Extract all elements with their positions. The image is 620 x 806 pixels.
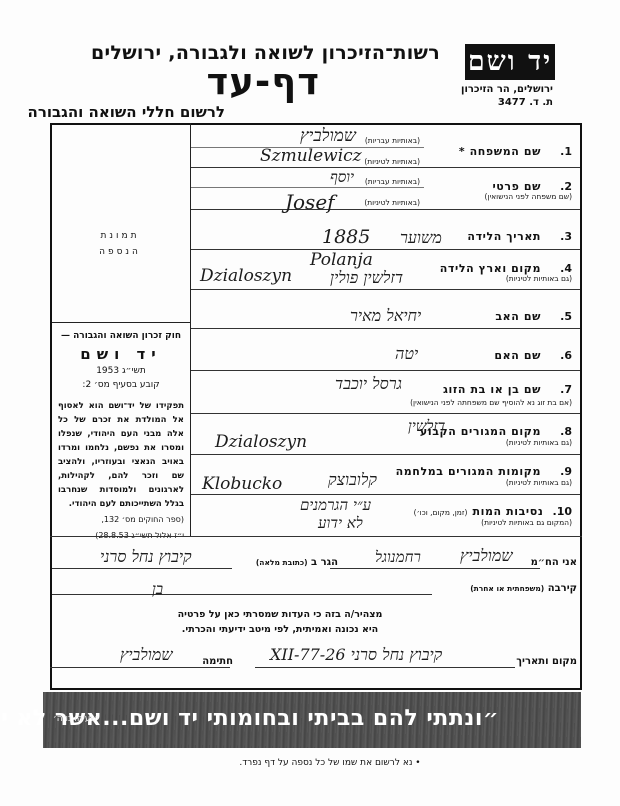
field-7-label-group: 7. שם בן או בת הזוג [443, 378, 572, 397]
logo-address: ירושלים, הר הזיכרון [461, 84, 553, 95]
field-7-note: (אם בת זוג נא להוסיף שם משפחתה לפני הניש… [410, 398, 572, 407]
quote-banner: ״ונתתי להם בביתי ובחומותי יד ושם...אשר ל… [43, 692, 581, 748]
field-6-label: שם האם [494, 349, 541, 362]
field-3-value-approx[interactable]: משוער [400, 228, 442, 248]
row-sep-5 [191, 328, 580, 329]
attestation-i-value-2[interactable]: רחמנוגל [375, 548, 421, 567]
declaration-line-1: מצהיר/ה בזה כי העדות שמסרתי כאן על פרטיה [170, 609, 390, 620]
attestation-i-value[interactable]: שמולביץ [460, 546, 513, 566]
field-2-hint-hebrew: (באותיות עבריות) [365, 177, 420, 186]
field-4-value-latin[interactable]: Dzialoszyn [200, 266, 292, 286]
field-7-number: 7. [560, 383, 572, 396]
signature-line [50, 667, 230, 668]
attestation-i-label: אני הח״מ [531, 557, 577, 568]
field-3-number: 3. [560, 230, 572, 243]
place-date-label: מקום ותאריך [516, 656, 577, 667]
field-1-label: שם המשפחה * [459, 145, 541, 158]
footnote: • נא לרשום את שמו של כל נספה על דף נפרד. [200, 758, 460, 768]
row-sep-4 [191, 289, 580, 290]
field-10-label: נסיבות המות [472, 505, 543, 518]
field-7-label: שם בן או בת הזוג [443, 383, 541, 396]
field-1-hint-latin: (באותיות לטיניות) [364, 157, 420, 166]
field-10-label-note: (זמן, מקום, וכו׳) [414, 508, 468, 517]
field-3-value-year[interactable]: 1885 [322, 226, 370, 248]
attestation-relation-label-group: קירבה (משפחתית או אחרת) [470, 583, 577, 594]
row-sep-1 [191, 167, 580, 168]
row-sep-2 [191, 209, 580, 210]
photo-placeholder: תמונת הנספה [80, 228, 160, 260]
law-section: קובע בסעיף מס׳ 2: [58, 378, 184, 393]
attestation-resident-line [52, 568, 232, 569]
field-5-label-group: 5. שם האב [495, 305, 572, 324]
field-1-label-group: 1. שם המשפחה * [459, 140, 572, 159]
field-5-label: שם האב [495, 310, 541, 323]
column-divider [190, 123, 191, 536]
field-5-value[interactable]: יחיאל מאיר [350, 306, 421, 326]
signature-label: חתימה [202, 656, 233, 667]
field-10-value-2[interactable]: לא ידוע [318, 514, 363, 533]
law-heading: חוק זכרון השואה והגבורה — [58, 329, 184, 344]
field-9-number: 9. [560, 465, 572, 478]
row-sep-9 [191, 494, 580, 495]
field-4-value-country-latin[interactable]: Polanja [310, 250, 373, 270]
row-sep-7 [191, 413, 580, 414]
field-10-value[interactable]: ע״י הגרמנים [300, 496, 371, 515]
form-subtitle: לרשום חללי השואה והגבורה [28, 103, 225, 121]
field-8-note: (גם באותיות לטיניות) [506, 438, 572, 447]
field-9-value-hebrew[interactable]: קלובוצק [328, 470, 377, 490]
attestation-relation-line [52, 594, 432, 595]
place-date-value[interactable]: קיבוץ נחל סרני 26-XII-77 [270, 645, 442, 665]
field-3-label-group: 3. תאריך הלידה [467, 225, 572, 244]
form-title: דף-עד [207, 62, 320, 102]
attestation-relation-value[interactable]: בן [152, 580, 163, 599]
field-6-number: 6. [560, 349, 572, 362]
field-8-value-hebrew[interactable]: דזלשין [408, 417, 445, 436]
field-1-value-latin[interactable]: Szmulewicz [260, 146, 362, 166]
field-4-value-hebrew[interactable]: דזלשין פולין [330, 268, 403, 288]
declaration-line-2: היא נכונה ואמיתית, לפי מיטב ידיעתי והכרת… [170, 624, 390, 635]
field-5-number: 5. [560, 310, 572, 323]
field-1-number: 1. [560, 145, 572, 158]
attestation-i-line [330, 568, 540, 569]
field-8-number: 8. [560, 425, 572, 438]
signature-value[interactable]: שמולביץ [120, 645, 173, 665]
row2-mid-line [191, 187, 424, 188]
field-2-value-hebrew[interactable]: יוסף [330, 168, 354, 187]
law-ref-1: (ספר החוקים מס׳ 132, [58, 513, 184, 527]
law-paragraph: תפקידו של יד־ושם הוא לאסוף אל המולדת את … [58, 399, 184, 511]
field-9-label-group: 9. מקומות המגורים במלחמה [396, 460, 572, 479]
relation-hint: (משפחתית או אחרת) [470, 584, 544, 593]
photo-label-line2: הנספה [80, 244, 160, 260]
field-9-label: מקומות המגורים במלחמה [396, 465, 541, 478]
field-10-label-group: 10. נסיבות המות (זמן, מקום, וכו׳) [414, 500, 572, 519]
yad-vashem-logo: יד ושם [465, 44, 555, 80]
resident-hint: (כתובת מלאה) [256, 558, 308, 567]
photo-label-line1: תמונת [80, 228, 160, 244]
relation-label: קירבה [548, 583, 577, 594]
resident-label: הגר ב [311, 557, 338, 568]
law-year: תשי״ג 1953 [58, 364, 184, 379]
place-date-line [255, 667, 515, 668]
field-9-value-latin[interactable]: Klobucko [202, 474, 282, 494]
field-6-label-group: 6. שם האם [494, 344, 572, 363]
row-sep-8 [191, 454, 580, 455]
row-sep-6 [191, 370, 580, 371]
law-name: יד ושם [58, 344, 184, 364]
attestation-resident-value[interactable]: קיבוץ נחל סרני [100, 547, 192, 567]
field-2-hint-latin: (באותיות לטיניות) [364, 198, 420, 207]
field-6-value[interactable]: יטה [395, 344, 418, 364]
field-2-note: (שם משפחה לפני הנישואין) [485, 192, 572, 201]
field-10-number: 10. [553, 505, 573, 518]
field-3-label: תאריך הלידה [467, 230, 541, 243]
field-10-note: (המקום גם באותיות לטיניות) [481, 518, 572, 527]
field-7-value[interactable]: גרסל יוכבד [335, 374, 402, 394]
field-2-value-latin[interactable]: Josef [285, 190, 335, 214]
banner-source: ישעיהו נו ה׳ [53, 714, 99, 724]
row-sep-3 [191, 249, 580, 250]
field-1-hint-hebrew: (באותיות עבריות) [365, 136, 420, 145]
field-9-note: (גם באותיות לטיניות) [506, 478, 572, 487]
row-sep-10 [50, 536, 582, 537]
attestation-resident-label: הגר ב (כתובת מלאה) [256, 557, 338, 568]
field-1-value-hebrew[interactable]: שמולביץ [300, 126, 356, 146]
logo-po-box: ת. ד. 3477 [498, 97, 553, 108]
field-8-value-latin[interactable]: Dzialoszyn [215, 432, 307, 452]
law-excerpt: חוק זכרון השואה והגבורה — יד ושם תשי״ג 1… [52, 322, 190, 536]
field-4-note: (גם באותיות לטיניות) [506, 274, 572, 283]
